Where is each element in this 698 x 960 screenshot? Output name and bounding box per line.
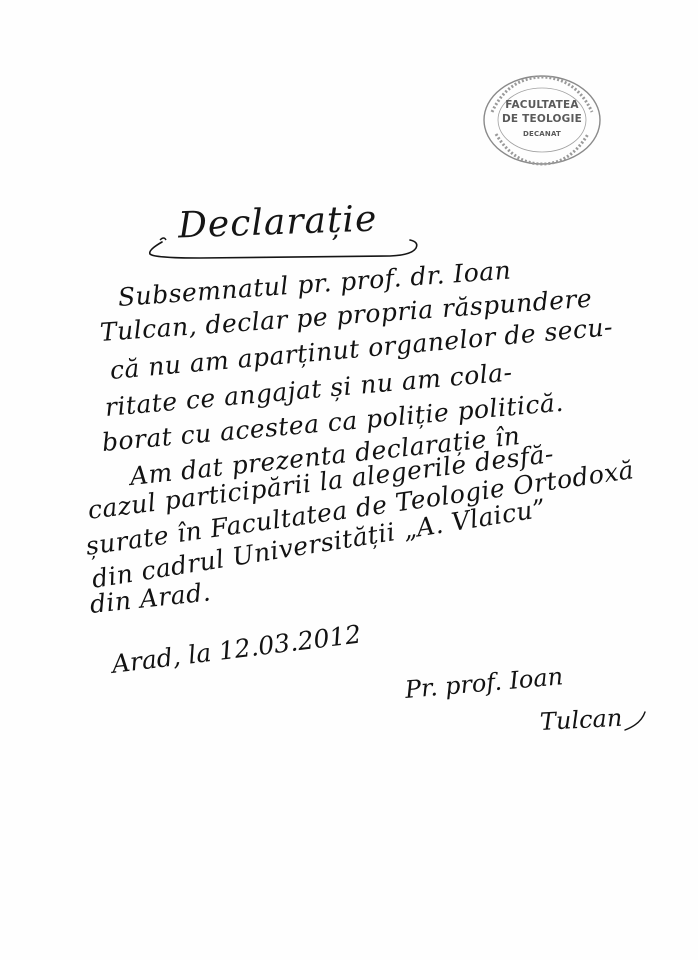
document-title: Declarație	[177, 199, 378, 247]
stamp-line-theology: DE TEOLOGIE	[478, 113, 606, 125]
signature-flourish-icon	[405, 668, 655, 748]
place-and-date: Arad, la 12.03.2012	[110, 620, 362, 679]
stamp-line-faculty: FACULTATEA	[478, 99, 606, 111]
document-title-block: Declarație	[140, 198, 440, 268]
stamp-line-deanery: DECANAT	[478, 130, 606, 138]
scanned-page: FACULTATEA DE TEOLOGIE DECANAT Declarați…	[0, 0, 698, 960]
faculty-stamp: FACULTATEA DE TEOLOGIE DECANAT	[478, 72, 606, 168]
signature-block: Pr. prof. Ioan Tulcan	[405, 668, 655, 748]
